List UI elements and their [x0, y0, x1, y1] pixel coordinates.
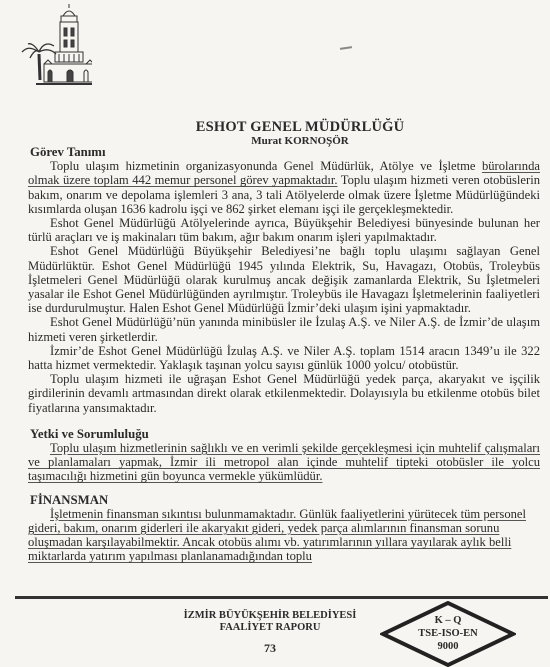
- section-heading-finansman: FİNANSMAN: [30, 493, 540, 507]
- cert-line1: K – Q: [380, 614, 516, 627]
- footer-org-line2: FAALİYET RAPORU: [170, 622, 370, 634]
- section-heading-gorev-tanimi: Görev Tanımı: [30, 145, 540, 159]
- paragraph: İzmir’de Eshot Genel Müdürlüğü İzulaş A.…: [28, 344, 540, 372]
- footer-org-line1: İZMİR BÜYÜKŞEHİR BELEDİYESİ: [170, 610, 370, 622]
- footer-divider: [15, 596, 548, 599]
- footer-organization: İZMİR BÜYÜKŞEHİR BELEDİYESİ FAALİYET RAP…: [170, 610, 370, 634]
- spacer: [28, 484, 540, 493]
- cert-line3: 9000: [380, 640, 516, 653]
- section-heading-yetki-ve-sorumlulugu: Yetki ve Sorumluluğu: [30, 427, 540, 441]
- paragraph: Toplu ulaşım hizmetlerinin sağlıklı ve e…: [28, 441, 540, 484]
- certification-label: K – Q TSE-ISO-EN 9000: [380, 614, 516, 653]
- paragraph: Eshot Genel Müdürlüğü’nün yanında minibü…: [28, 315, 540, 343]
- paragraph: İşletmenin finansman sıkıntısı bulunmama…: [28, 507, 540, 564]
- paragraph: Eshot Genel Müdürlüğü Atölyelerinde ayrı…: [28, 216, 540, 244]
- scan-mark: [340, 46, 352, 50]
- cert-line2: TSE-ISO-EN: [380, 627, 516, 640]
- paragraph: Toplu ulaşım hizmeti ile uğraşan Eshot G…: [28, 372, 540, 415]
- paragraph: Toplu ulaşım hizmetinin organizasyonunda…: [28, 159, 540, 216]
- izmir-clock-tower-logo-icon: [12, 2, 92, 88]
- page-number: 73: [170, 641, 370, 656]
- spacer: [28, 415, 540, 427]
- document-title: ESHOT GENEL MÜDÜRLÜĞÜ: [0, 119, 550, 136]
- paragraph: Eshot Genel Müdürlüğü Büyükşehir Belediy…: [28, 244, 540, 315]
- underlined-text: bürolarında olmak üzere toplam 442 memur…: [28, 159, 540, 187]
- document-body: Görev Tanımı Toplu ulaşım hizmetinin org…: [28, 145, 540, 564]
